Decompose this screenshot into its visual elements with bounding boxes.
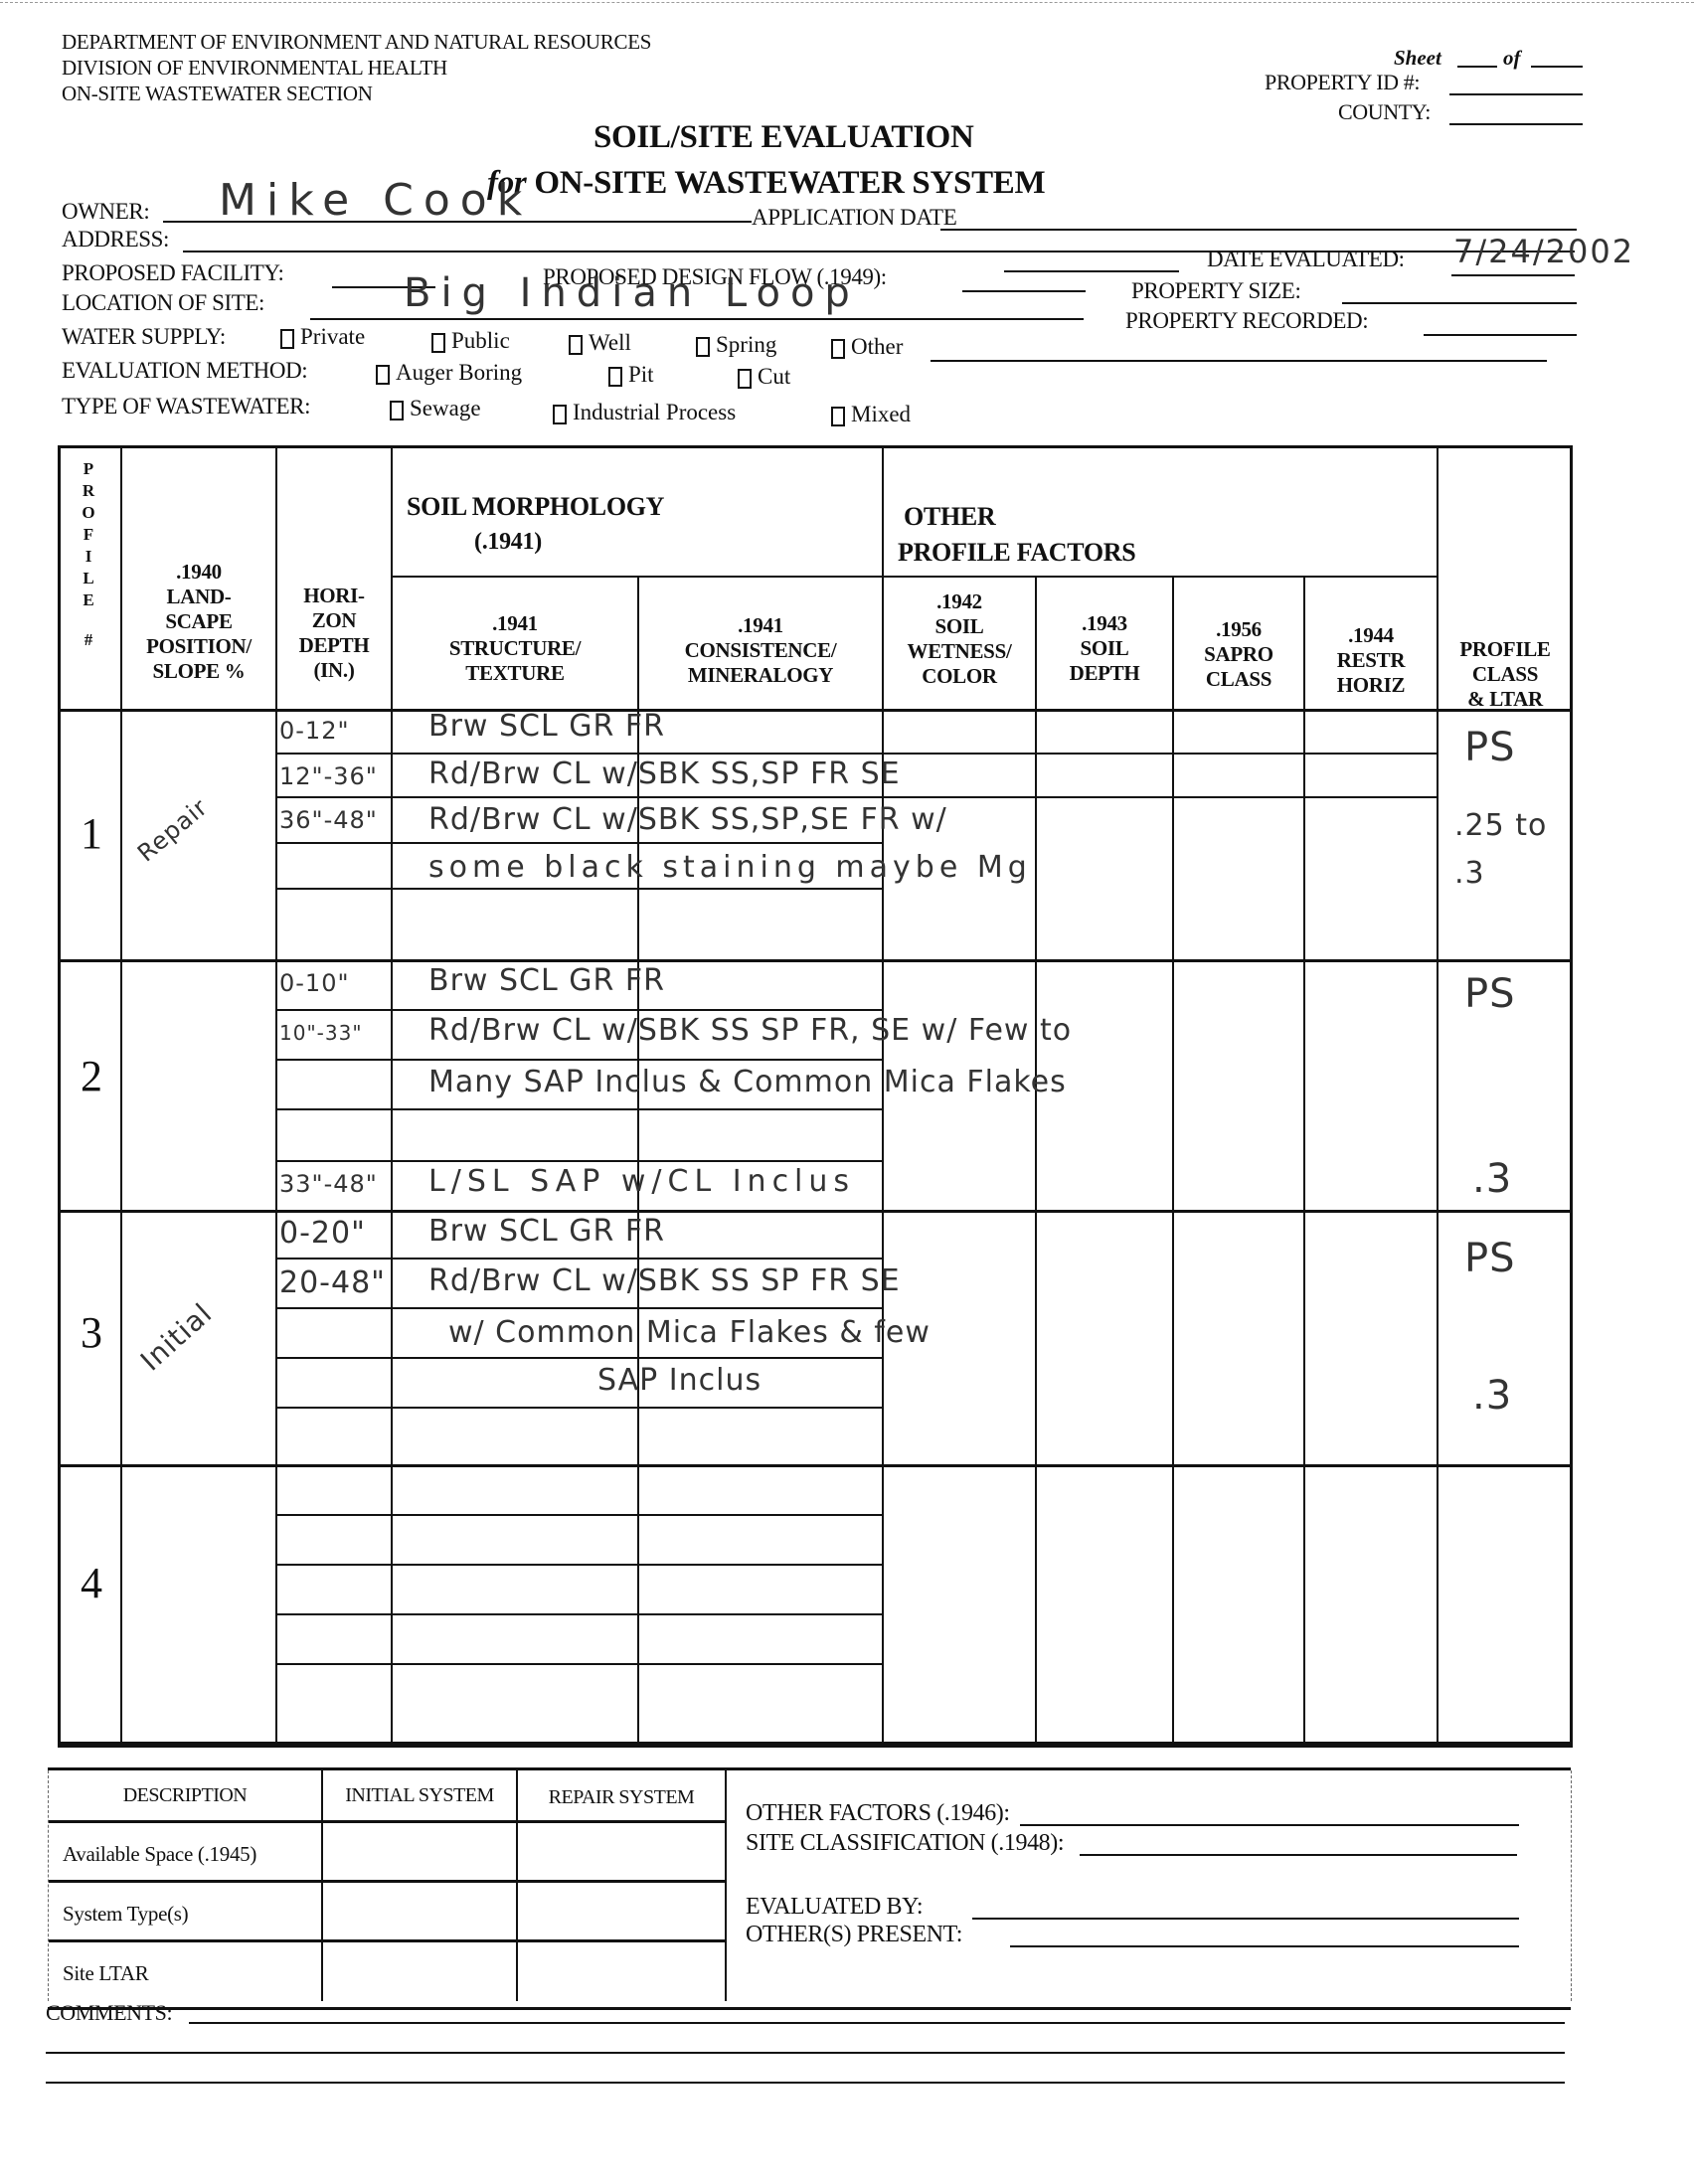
checkbox-icon	[280, 329, 294, 349]
evaluation-method-cut[interactable]: Cut	[738, 364, 790, 390]
horizon-notes: SAP Inclus	[597, 1363, 762, 1398]
date-evaluated-field[interactable]	[1451, 274, 1575, 276]
landscape-value: Initial	[134, 1296, 219, 1377]
comments-field-line-2[interactable]	[46, 2052, 1565, 2054]
available-space-label: Available Space (.1945)	[63, 1842, 256, 1867]
landscape-header: .1940LAND-SCAPEPOSITION/SLOPE %	[122, 560, 275, 684]
other-factors-header-2: PROFILE FACTORS	[898, 536, 1135, 569]
available-space-repair-cell[interactable]	[518, 1822, 725, 1880]
horizon-depth: 33"-48"	[279, 1170, 378, 1198]
property-size-field[interactable]	[1342, 302, 1577, 304]
sheet-of-label: of	[1503, 46, 1521, 71]
horizon-depth: 0-20"	[279, 1216, 366, 1251]
subtitle-main: ON-SITE WASTEWATER SYSTEM	[534, 165, 1045, 201]
form-subtitle: for ON-SITE WASTEWATER SYSTEM	[487, 165, 1045, 202]
profile-table: PROFILE# .1940LAND-SCAPEPOSITION/SLOPE %…	[58, 445, 1573, 1748]
agency-line-2: DIVISION OF ENVIRONMENTAL HEALTH	[62, 56, 447, 80]
horizon-depth: 36"-48"	[279, 806, 378, 834]
ltar-value: .3	[1472, 1156, 1512, 1202]
site-ltar-repair-cell[interactable]	[518, 1941, 725, 1999]
water-supply-label: WATER SUPPLY:	[62, 324, 226, 350]
application-date-label: APPLICATION DATE	[752, 205, 956, 231]
evaluated-by-field[interactable]	[972, 1918, 1519, 1920]
address-label: ADDRESS:	[62, 227, 169, 252]
water-supply-private[interactable]: Private	[280, 324, 365, 350]
system-types-initial-cell[interactable]	[323, 1882, 516, 1939]
date-evaluated-value: 7/24/2002	[1453, 233, 1634, 270]
county-field[interactable]	[1449, 123, 1583, 125]
water-supply-spring[interactable]: Spring	[696, 332, 776, 358]
horizon-depth: 12"-36"	[279, 762, 378, 790]
profile-class-value: PS	[1464, 725, 1516, 770]
checkbox-icon	[738, 369, 752, 389]
soil-depth-header: .1943SOILDEPTH	[1037, 611, 1172, 686]
checkbox-icon	[831, 407, 845, 426]
evaluation-method-pit[interactable]: Pit	[608, 362, 654, 388]
system-table: DESCRIPTION INITIAL SYSTEM REPAIR SYSTEM…	[48, 1770, 727, 2001]
evaluation-method-auger-boring[interactable]: Auger Boring	[376, 360, 522, 386]
profile-number: 1	[81, 808, 102, 859]
checkbox-icon	[390, 401, 404, 420]
horizon-notes: Rd/Brw CL w/SBK SS SP FR, SE w/ Few to	[428, 1013, 1072, 1048]
checkbox-icon	[831, 339, 845, 359]
sheet-label: Sheet	[1394, 46, 1441, 71]
horizon-notes: Rd/Brw CL w/SBK SS,SP FR SE	[428, 756, 901, 791]
consistence-header: .1941CONSISTENCE/MINERALOGY	[639, 613, 882, 688]
agency-line-3: ON-SITE WASTEWATER SECTION	[62, 82, 373, 105]
horizon-notes: Brw SCL GR FR	[428, 963, 665, 998]
sapro-class-header: .1956SAPROCLASS	[1174, 617, 1303, 692]
horizon-notes: Rd/Brw CL w/SBK SS SP FR SE	[428, 1263, 901, 1298]
location-value: Big Indian Loop	[404, 270, 860, 316]
summary-header-initial: INITIAL SYSTEM	[323, 1784, 516, 1807]
ltar-value: .25 to .3	[1454, 802, 1564, 898]
soil-morphology-header: SOIL MORPHOLOGY	[407, 490, 664, 523]
profile-class-header: PROFILECLASS& LTAR	[1439, 637, 1572, 712]
comments-field-line-3[interactable]	[46, 2082, 1565, 2084]
water-supply-other-field[interactable]	[931, 360, 1547, 362]
sheet-number-field[interactable]	[1457, 66, 1497, 68]
summary-header-repair: REPAIR SYSTEM	[518, 1786, 725, 1809]
horizon-depth: 10"-33"	[279, 1021, 363, 1045]
property-recorded-field[interactable]	[1424, 334, 1577, 336]
proposed-facility-label: PROPOSED FACILITY:	[62, 260, 284, 286]
horizon-depth: 0-10"	[279, 969, 350, 997]
wastewater-type-label: TYPE OF WASTEWATER:	[62, 394, 310, 420]
property-id-field[interactable]	[1449, 93, 1583, 95]
checkbox-icon	[569, 335, 583, 355]
landscape-value: Repair	[132, 793, 213, 868]
system-types-label: System Type(s)	[63, 1902, 188, 1927]
county-label: COUNTY:	[1338, 99, 1431, 125]
horizon-depth: 0-12"	[279, 717, 350, 745]
site-info-panel: OTHER FACTORS (.1946): SITE CLASSIFICATI…	[726, 1770, 1572, 2001]
design-flow-extra-line	[1004, 270, 1179, 272]
sheet-total-field[interactable]	[1531, 66, 1583, 68]
application-date-field[interactable]	[940, 229, 1577, 231]
checkbox-icon	[553, 405, 567, 424]
horizon-notes: Rd/Brw CL w/SBK SS,SP,SE FR w/	[428, 802, 947, 837]
owner-label: OWNER:	[62, 199, 149, 225]
property-recorded-label: PROPERTY RECORDED:	[1125, 308, 1368, 334]
other-factors-field[interactable]	[1020, 1824, 1519, 1826]
horizon-depth-header: HORI-ZONDEPTH(IN.)	[277, 584, 391, 683]
horizon-notes: Brw SCL GR FR	[428, 709, 665, 744]
others-present-field[interactable]	[1010, 1945, 1519, 1947]
water-supply-well[interactable]: Well	[569, 330, 631, 356]
scan-edge	[0, 2, 1694, 3]
profile-number-header: PROFILE#	[79, 458, 98, 651]
property-size-label: PROPERTY SIZE:	[1131, 278, 1300, 304]
checkbox-icon	[608, 367, 622, 387]
checkbox-icon	[696, 337, 710, 357]
profile-number: 3	[81, 1307, 102, 1358]
restr-horiz-header: .1944RESTRHORIZ	[1305, 623, 1437, 698]
summary-header-description: DESCRIPTION	[49, 1784, 321, 1807]
comments-field-line-1[interactable]	[189, 2022, 1565, 2024]
water-supply-public[interactable]: Public	[431, 328, 510, 354]
location-field[interactable]	[310, 318, 1084, 320]
comments-label: COMMENTS:	[46, 2000, 172, 2026]
checkbox-icon	[376, 365, 390, 385]
form-title: SOIL/SITE EVALUATION	[593, 119, 974, 156]
available-space-initial-cell[interactable]	[323, 1822, 516, 1880]
wastewater-type-industrial[interactable]: Industrial Process	[553, 400, 736, 425]
site-ltar-label: Site LTAR	[63, 1961, 148, 1986]
other-factors-header-1: OTHER	[904, 500, 995, 533]
wetness-color-header: .1942SOILWETNESS/COLOR	[884, 589, 1035, 689]
profile-class-value: PS	[1464, 1236, 1516, 1281]
others-present-label: OTHER(S) PRESENT:	[746, 1922, 962, 1948]
horizon-depth: 20-48"	[279, 1265, 386, 1300]
date-evaluated-label: DATE EVALUATED:	[1207, 247, 1405, 272]
structure-texture-header: .1941STRUCTURE/TEXTURE	[393, 611, 637, 686]
checkbox-icon	[431, 333, 445, 353]
horizon-notes: L/SL SAP w/CL Inclus	[428, 1164, 855, 1199]
other-factors-label: OTHER FACTORS (.1946):	[746, 1800, 1010, 1827]
site-classification-field[interactable]	[1080, 1854, 1517, 1856]
horizon-notes: Many SAP Inclus & Common Mica Flakes	[428, 1065, 1067, 1099]
wastewater-type-mixed[interactable]: Mixed	[831, 402, 911, 427]
evaluation-method-label: EVALUATION METHOD:	[62, 358, 307, 384]
owner-value: Mike Cook	[219, 175, 532, 226]
horizon-notes: some black staining maybe Mg	[428, 850, 1032, 885]
soil-morphology-subheader: (.1941)	[474, 526, 542, 559]
site-classification-label: SITE CLASSIFICATION (.1948):	[746, 1830, 1064, 1857]
design-flow-field[interactable]	[962, 290, 1086, 292]
horizon-notes: Brw SCL GR FR	[428, 1214, 665, 1249]
agency-line-1: DEPARTMENT OF ENVIRONMENT AND NATURAL RE…	[62, 30, 651, 54]
location-label: LOCATION OF SITE:	[62, 290, 264, 316]
profile-number: 4	[81, 1558, 102, 1608]
wastewater-type-sewage[interactable]: Sewage	[390, 396, 481, 421]
profile-class-value: PS	[1464, 971, 1516, 1017]
ltar-value: .3	[1472, 1373, 1512, 1419]
property-id-label: PROPERTY ID #:	[1265, 70, 1420, 95]
summary-section: DESCRIPTION INITIAL SYSTEM REPAIR SYSTEM…	[48, 1767, 1571, 2010]
system-types-repair-cell[interactable]	[518, 1882, 725, 1939]
horizon-notes: w/ Common Mica Flakes & few	[448, 1315, 931, 1350]
evaluated-by-label: EVALUATED BY:	[746, 1894, 923, 1921]
water-supply-other[interactable]: Other	[831, 334, 903, 360]
site-ltar-initial-cell[interactable]	[323, 1941, 516, 1999]
profile-number: 2	[81, 1051, 102, 1101]
